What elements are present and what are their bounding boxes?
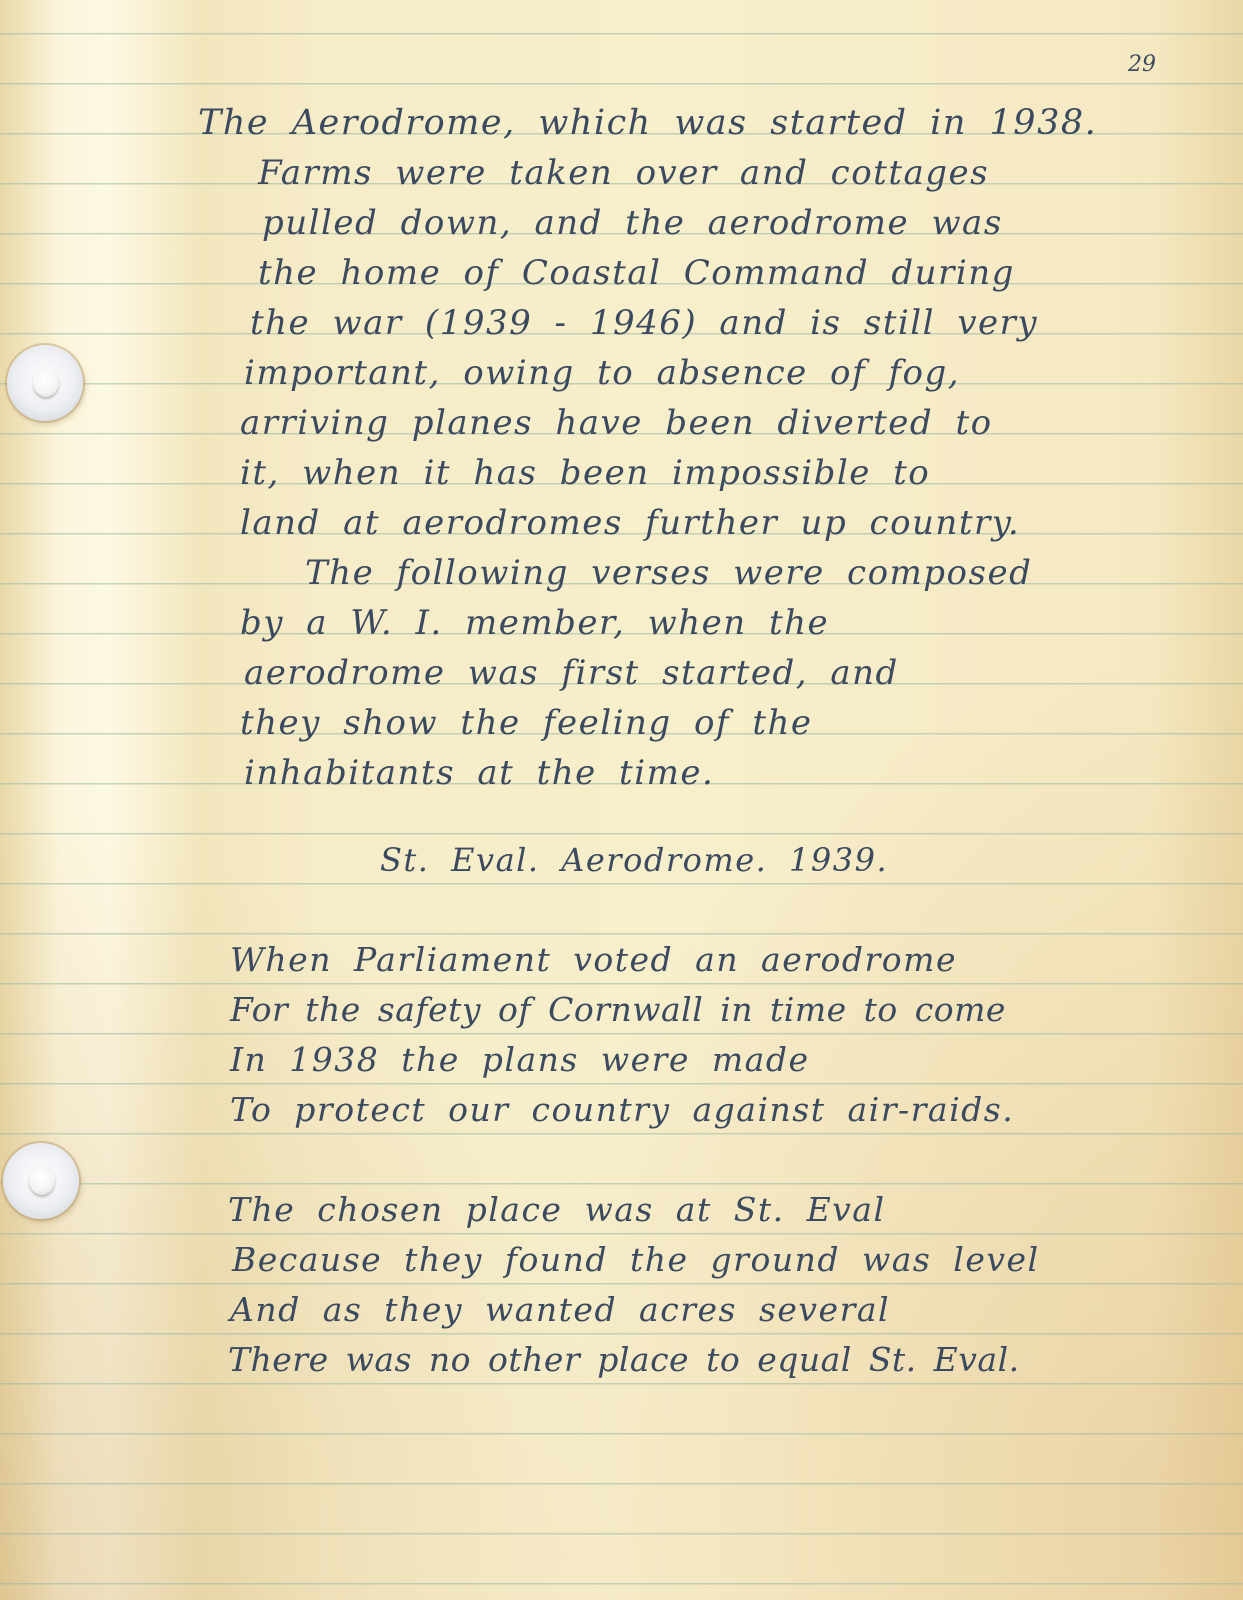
poem-line: To protect our country against air-raids…	[230, 1085, 1014, 1135]
poem-line: In 1938 the plans were made	[230, 1035, 810, 1085]
poem-line: The chosen place was at St. Eval	[228, 1185, 886, 1235]
prose-line: inhabitants at the time.	[244, 748, 714, 798]
poem-line: Because they found the ground was level	[232, 1235, 1040, 1285]
poem-line: And as they wanted acres several	[230, 1285, 890, 1335]
prose-line: aerodrome was first started, and	[244, 648, 899, 698]
prose-line: The following verses were composed	[305, 548, 1032, 598]
poem-line: There was no other place to equal St. Ev…	[228, 1335, 1020, 1385]
poem-title: St. Eval. Aerodrome. 1939.	[380, 835, 888, 885]
notebook-page: 29 The Aerodrome, which was started in 1…	[0, 0, 1243, 1600]
poem-line: When Parliament voted an aerodrome	[230, 935, 957, 985]
page-number: 29	[1128, 40, 1156, 90]
poem-line: For the safety of Cornwall in time to co…	[230, 985, 1006, 1035]
prose-line: Farms were taken over and cottages	[258, 148, 989, 198]
binder-hole-reinforcement-bottom	[3, 1143, 79, 1219]
prose-line: the war (1939 - 1946) and is still very	[250, 298, 1038, 348]
prose-line: it, when it has been impossible to	[240, 448, 930, 498]
prose-line: pulled down, and the aerodrome was	[262, 198, 1003, 248]
prose-line: they show the feeling of the	[240, 698, 813, 748]
prose-line: land at aerodromes further up country.	[240, 498, 1020, 548]
prose-line: arriving planes have been diverted to	[240, 398, 993, 448]
prose-line: important, owing to absence of fog,	[244, 348, 960, 398]
prose-line: by a W. I. member, when the	[240, 598, 829, 648]
binder-hole	[29, 1165, 55, 1195]
prose-line: the home of Coastal Command during	[258, 248, 1015, 298]
prose-line: The Aerodrome, which was started in 1938…	[198, 98, 1097, 148]
binder-hole	[33, 367, 59, 397]
binder-hole-reinforcement-top	[7, 345, 83, 421]
